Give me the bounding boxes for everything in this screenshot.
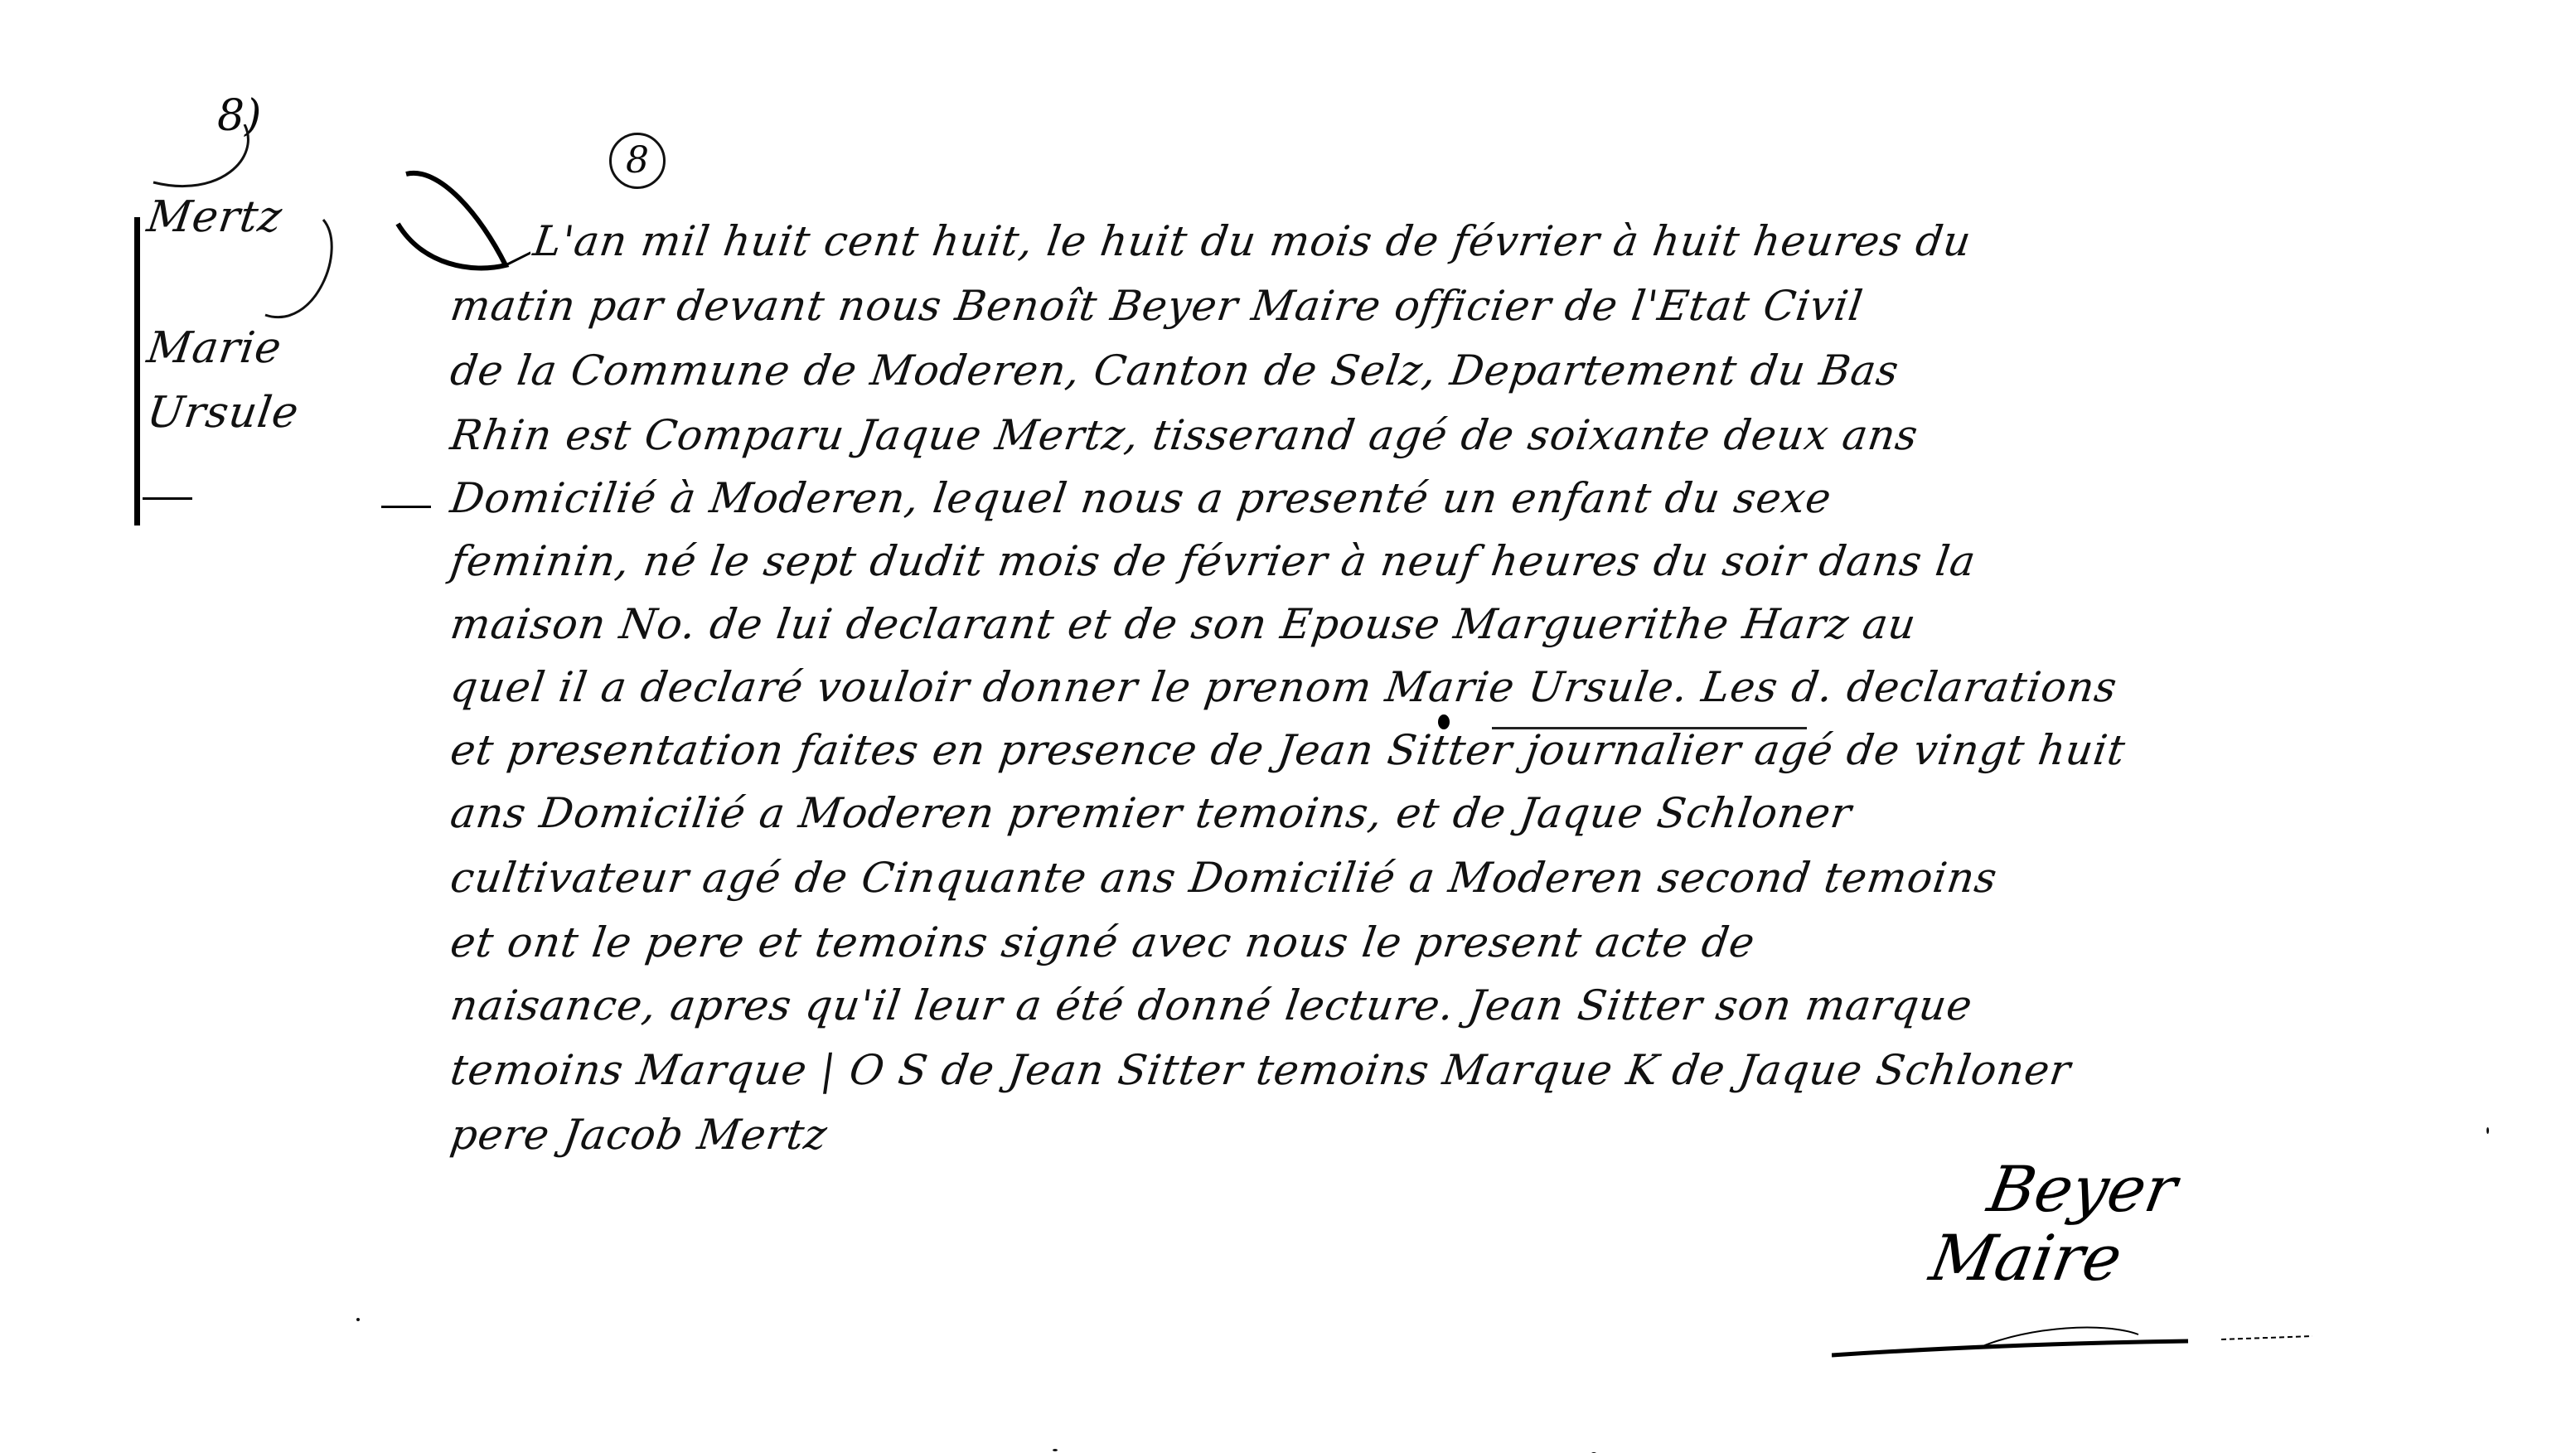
body-line-15-father-signature: pere Jacob Mertz	[448, 1111, 830, 1159]
margin-dash	[143, 497, 192, 500]
scan-speck	[356, 1318, 360, 1321]
margin-given-name-2: Ursule	[144, 388, 303, 438]
register-page: 8) Mertz Marie Ursule 8 L'an mil huit ce…	[0, 0, 2576, 1453]
signature-title: Maire	[1925, 1221, 2182, 1295]
body-line-1: L'an mil huit cent huit, le huit du mois…	[530, 217, 1974, 265]
margin-given-name-1: Marie	[144, 323, 285, 373]
body-line-5: Domicilié à Moderen, lequel nous a prese…	[448, 474, 1835, 522]
margin-dash	[381, 506, 431, 508]
circled-entry-number: 8	[609, 133, 666, 189]
body-line-9: et presentation faites en presence de Je…	[448, 726, 2128, 774]
scan-speck	[2486, 1127, 2489, 1134]
body-line-6: feminin, né le sept dudit mois de févrie…	[448, 537, 1979, 585]
margin-bracket	[134, 217, 140, 526]
body-line-10: ans Domicilié a Moderen premier temoins,…	[448, 789, 1855, 837]
mayor-signature: Beyer Maire	[1931, 1152, 2176, 1295]
surname-flourish	[249, 216, 348, 340]
body-line-7: maison No. de lui declarant et de son Ep…	[448, 600, 1920, 648]
body-line-4: Rhin est Comparu Jaque Mertz, tisserand …	[448, 411, 1921, 459]
signature-name: Beyer	[1983, 1152, 2182, 1226]
scan-speck	[1053, 1449, 1058, 1451]
decorative-initial-l	[390, 157, 530, 274]
body-line-11: cultivateur agé de Cinquante ans Domicil…	[448, 854, 2001, 902]
body-line-3: de la Commune de Moderen, Canton de Selz…	[448, 346, 1902, 395]
body-line-12: et ont le pere et temoins signé avec nou…	[448, 918, 1758, 966]
body-line-8: quel il a declaré vouloir donner le pren…	[448, 663, 2120, 711]
body-line-13: naisance, apres qu'il leur a été donné l…	[448, 981, 1976, 1029]
body-line-14-witness-marks: temoins Marque | O S de Jean Sitter temo…	[448, 1046, 2074, 1094]
body-line-2: matin par devant nous Benoît Beyer Maire…	[448, 282, 1867, 330]
signature-flourish	[1832, 1326, 2312, 1359]
